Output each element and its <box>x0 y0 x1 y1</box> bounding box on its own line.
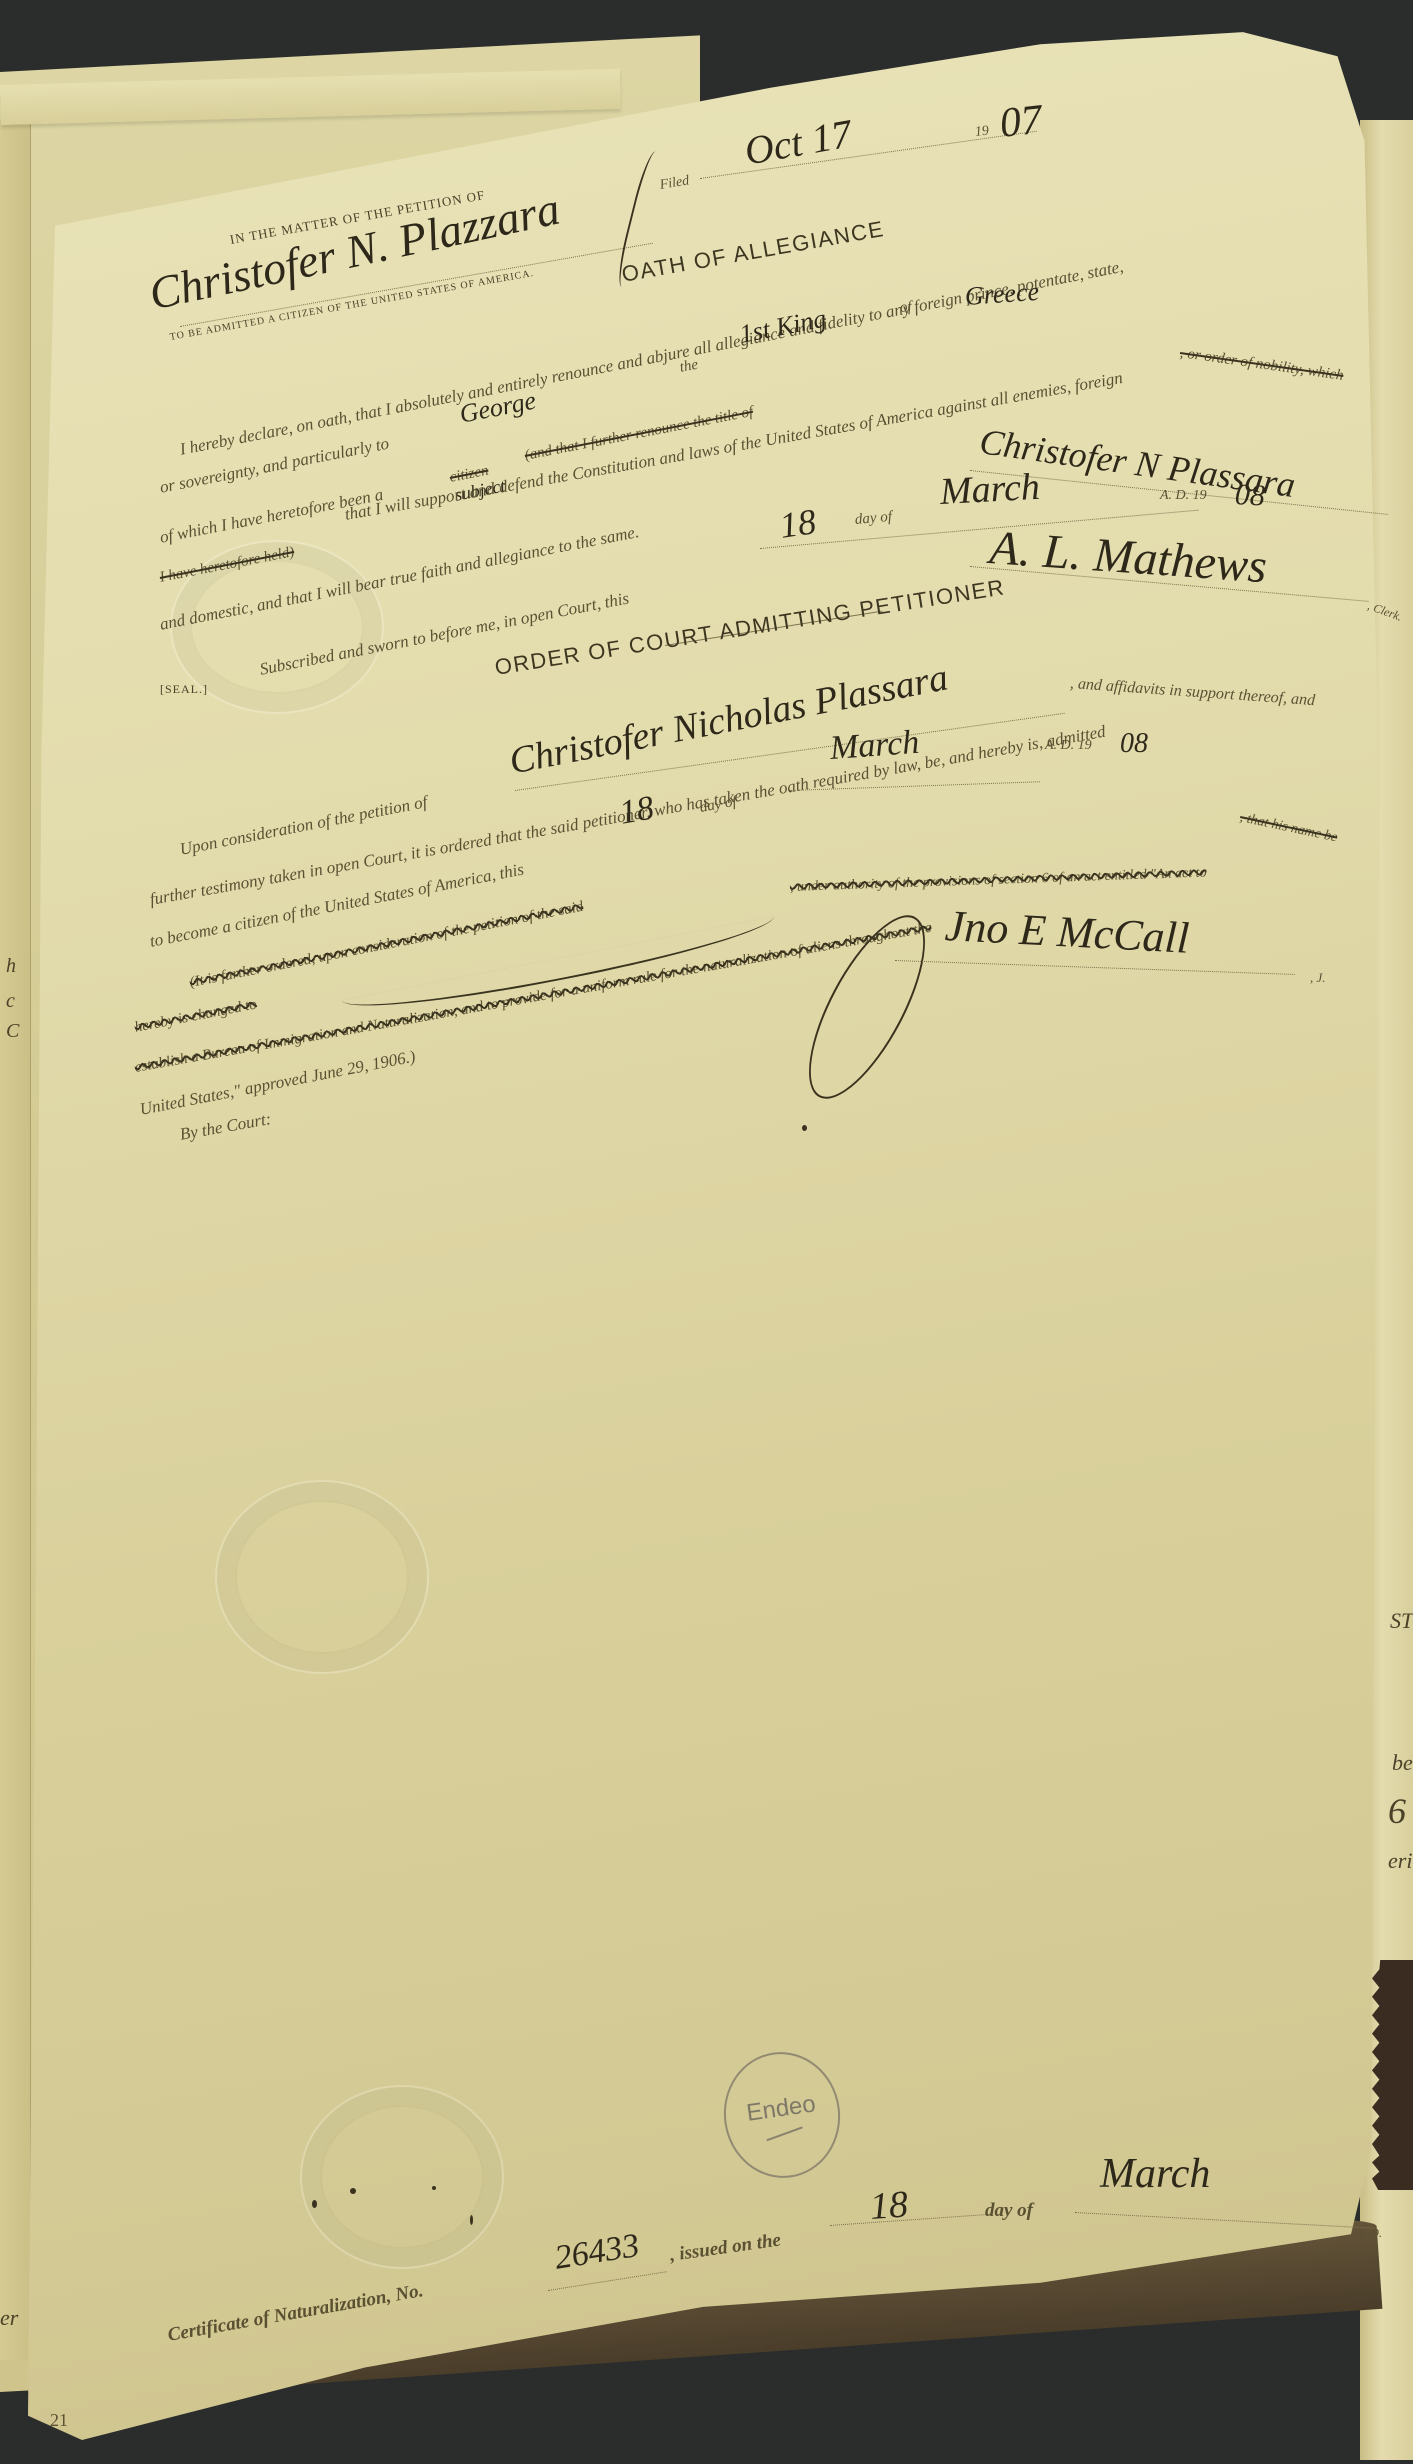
right-margin-fragment: eri <box>1388 1848 1412 1874</box>
judge-suffix: , J. <box>1310 970 1326 986</box>
certificate-day-of-label: day of <box>985 2200 1033 2222</box>
seal-label: [SEAL.] <box>160 682 208 697</box>
order-ad-label: A. D. 19 <box>1045 738 1092 754</box>
sworn-year-handwritten: 08 <box>1234 478 1266 514</box>
filed-year-prefix: 19 <box>974 124 990 141</box>
right-margin-fragment: ST <box>1390 1608 1413 1634</box>
left-margin-fragment: er <box>0 2305 18 2331</box>
sworn-ad-label: A. D. 19 <box>1160 488 1207 504</box>
ink-speck <box>802 1125 807 1131</box>
filed-year-handwritten: 07 <box>997 96 1044 148</box>
page-corner-mark: 21 <box>50 2410 68 2431</box>
left-margin-fragment: c <box>6 990 15 1013</box>
order-month-handwritten: March <box>829 724 921 768</box>
sworn-month-handwritten: March <box>939 465 1041 514</box>
right-margin-fragment: 6 <box>1388 1790 1406 1832</box>
certificate-ad-label: A. D. <box>1355 2225 1382 2241</box>
ink-speck <box>470 2215 473 2225</box>
certificate-month-handwritten: March <box>1100 2150 1210 2198</box>
sworn-day-of-label: day of <box>854 509 892 529</box>
country-handwritten: Greece <box>964 277 1040 312</box>
order-year-handwritten: 08 <box>1120 728 1148 760</box>
ink-speck <box>432 2186 436 2190</box>
ink-speck <box>312 2200 317 2208</box>
left-margin-fragment: h <box>6 955 16 978</box>
embossed-seal-icon <box>300 2085 504 2269</box>
order-day-handwritten: 18 <box>617 789 657 832</box>
stamp-check-mark-icon <box>766 2126 802 2141</box>
stamp-text: Endeo <box>745 2090 818 2127</box>
the-label: the <box>678 357 699 377</box>
right-margin-fragment: be <box>1392 1750 1413 1776</box>
naturalization-document-page <box>28 20 1378 2440</box>
ink-speck <box>350 2188 356 2194</box>
underlying-page-edge <box>0 120 31 2360</box>
sworn-day-handwritten: 18 <box>777 500 818 547</box>
left-margin-fragment: C <box>6 1020 19 1043</box>
of-label: of <box>899 299 912 317</box>
embossed-seal-icon <box>215 1480 429 1674</box>
